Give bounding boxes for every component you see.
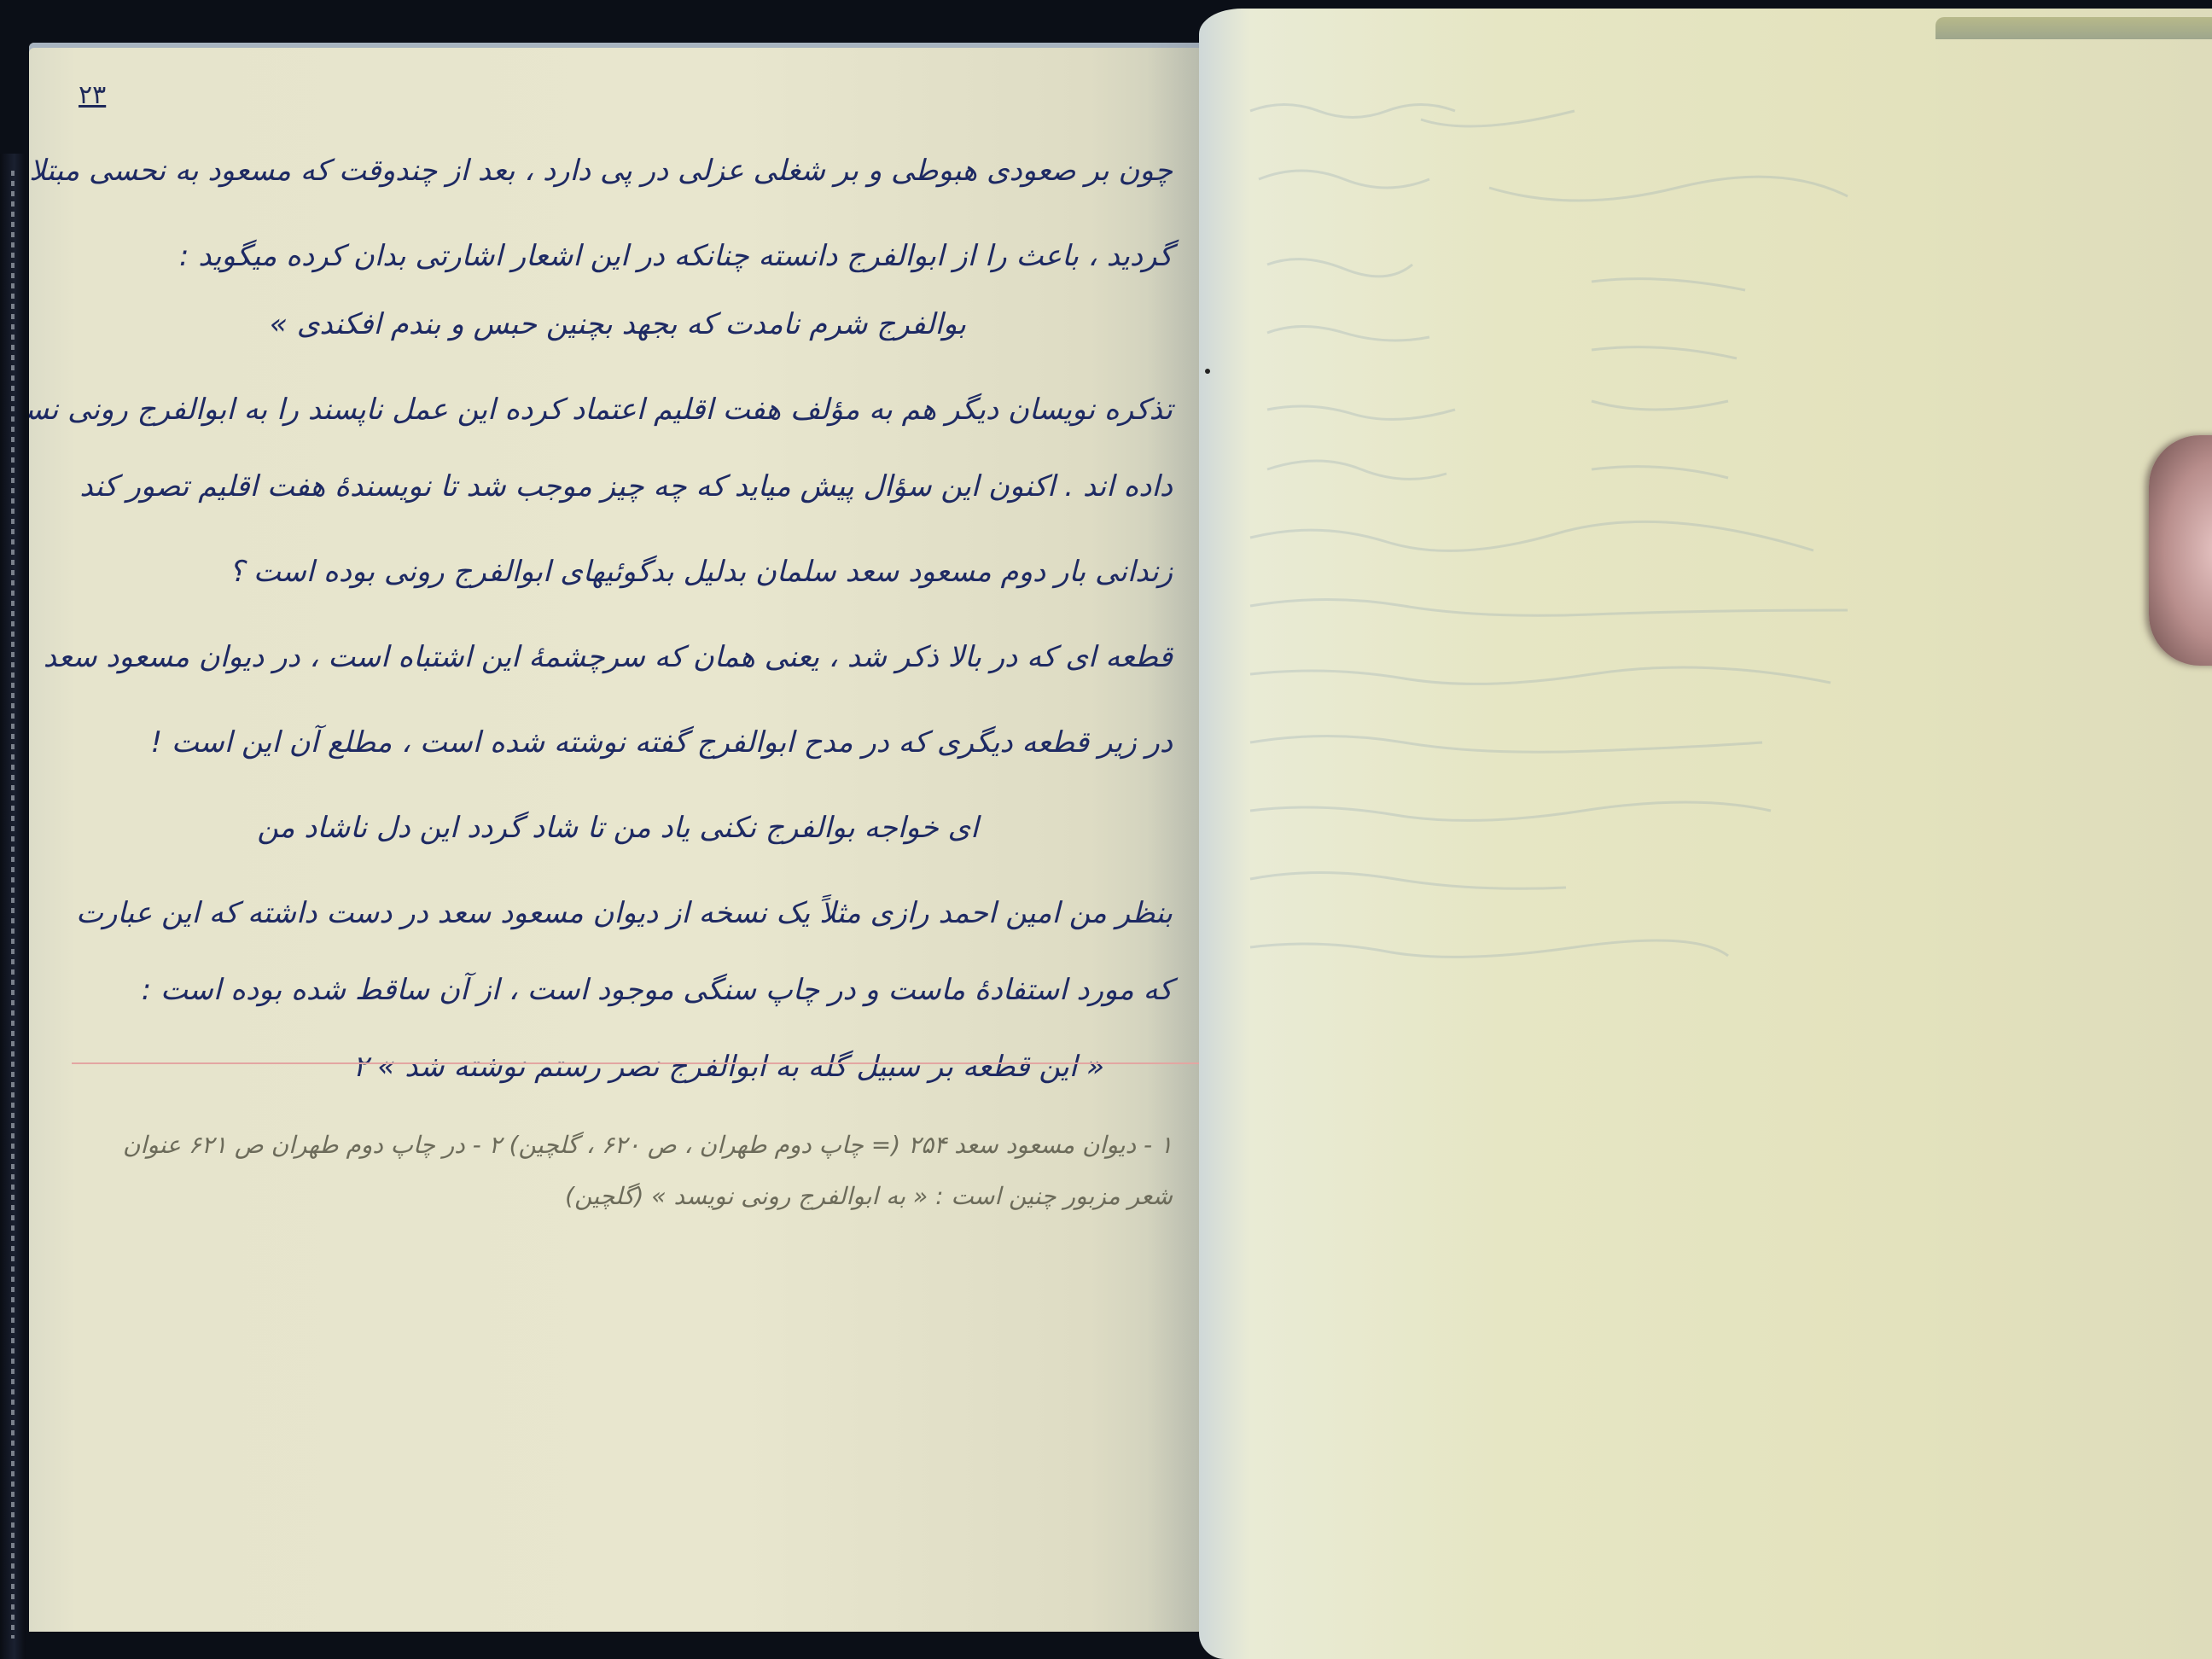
rear-page-edge [1935, 17, 2212, 39]
text-line-2: گردید ، باعث را از ابوالفرج دانسته چنانک… [179, 239, 1173, 273]
footnote-line-2: شعر مزبور چنین است : « به ابوالفرج رونی … [565, 1182, 1173, 1210]
footnote-divider [72, 1062, 1207, 1064]
verse-line-1: بوالفرج شرم نامدت که بجهد بچنین حبس و بن… [63, 307, 1173, 341]
text-line-9: که مورد استفادهٔ ماست و در چاپ سنگی موجو… [142, 973, 1173, 1007]
quote-line: « این قطعه بر سبیل گله به ابوالفرج نصر ر… [352, 1050, 1104, 1084]
bleed-through-strokes [1233, 60, 2172, 1254]
footnote-line-1: ۱ - دیوان مسعود سعد ۲۵۴ (= چاپ دوم طهران… [123, 1131, 1173, 1159]
text-line-5: زندانی بار دوم مسعود سعد سلمان بدلیل بدگ… [229, 555, 1173, 589]
left-page: ۲۳ چون بر صعودی هبوطی و بر شغلی عزلی در … [29, 43, 1207, 1632]
text-line-6: قطعه ای که در بالا ذکر شد ، یعنی همان که… [44, 640, 1173, 674]
fingertip [2149, 435, 2212, 666]
text-line-8: بنظر من امین احمد رازی مثلاً یک نسخه از … [76, 896, 1173, 930]
ink-speck [1205, 369, 1210, 374]
photo-scene: ۲۳ چون بر صعودی هبوطی و بر شغلی عزلی در … [0, 0, 2212, 1659]
text-line-4: داده اند . اکنون این سؤال پیش میاید که چ… [79, 469, 1173, 504]
binding-stitching [11, 171, 15, 1639]
text-line-1: چون بر صعودی هبوطی و بر شغلی عزلی در پی … [29, 154, 1173, 188]
verse-line-2: ای خواجه بوالفرج نکنی یاد من تا شاد گردد… [63, 811, 1173, 845]
text-line-3: تذکره نویسان دیگر هم به مؤلف هفت اقلیم ا… [29, 393, 1173, 427]
right-page [1199, 9, 2212, 1659]
page-number: ۲۳ [79, 80, 106, 110]
bleed-through-text [1233, 60, 2172, 1258]
text-line-7: در زیر قطعه دیگری که در مدح ابوالفرج گفت… [150, 725, 1173, 760]
